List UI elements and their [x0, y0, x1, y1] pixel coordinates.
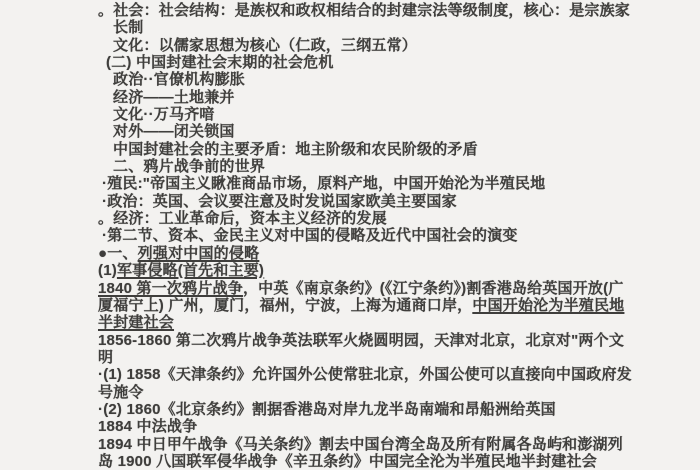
text-line: ·政治：英国、会议要注意及时发说国家欧美主要国家 — [98, 193, 638, 210]
text-line: 明 — [98, 349, 638, 366]
text-line: (1)军事侵略(首先和主要) — [98, 262, 638, 279]
text-line: 政治··官僚机构膨胀 — [98, 71, 638, 88]
text-segment: 。社会：社会结构：是族权和政权相结合的封建宗法等级制度，核心：是宗族家 — [98, 2, 630, 19]
text-segment: 岛 1900 八国联军侵华战争《辛丑条约》中国完全沦为半殖民地半封建社会 — [98, 453, 597, 470]
text-line: 1840 第一次鸦片战争，中英《南京条约》(《江宁条约》)割香港岛给英国开放(广 — [98, 280, 638, 297]
notes-text: 。社会：社会结构：是族权和政权相结合的封建宗法等级制度，核心：是宗族家长制文化：… — [98, 2, 638, 470]
text-line: 半封建社会 — [98, 314, 638, 331]
text-line: 文化··万马齐喑 — [98, 106, 638, 123]
text-segment: 1894 中日甲午战争《马关条约》割去中国台湾全岛及所有附属各岛屿和澎湖列 — [98, 436, 623, 453]
text-segment: 对外——闭关锁国 — [113, 123, 235, 140]
text-line: 厦福宁上) 广州，厦门，福州，宁波，上海为通商口岸，中国开始沦为半殖民地 — [98, 297, 638, 314]
text-segment: ●一、 — [98, 245, 138, 262]
text-line: 1856-1860 第二次鸦片战争英法联军火烧圆明园，天津对北京，北京对"两个文 — [98, 332, 638, 349]
text-segment: 文化：以儒家思想为核心（仁政，三纲五常） — [113, 37, 417, 54]
underlined-text-segment: 列强对中国的侵略 — [138, 245, 260, 262]
text-segment: 经济——土地兼并 — [113, 89, 235, 106]
text-line: 中国封建社会的主要矛盾：地主阶级和农民阶级的矛盾 — [98, 141, 638, 158]
text-line: 。社会：社会结构：是族权和政权相结合的封建宗法等级制度，核心：是宗族家 — [98, 2, 638, 19]
text-segment: 长制 — [113, 19, 143, 36]
underlined-text-segment: 中国开始沦为半殖民地 — [472, 297, 624, 314]
text-line: ·第二节、资本、金民主义对中国的侵略及近代中国社会的演变 — [98, 227, 638, 244]
text-line: 1884 中法战争 — [98, 418, 638, 435]
underlined-text-segment: 军事侵略(首先和主要) — [117, 262, 264, 279]
text-line: ·(2) 1860《北京条约》割据香港岛对岸九龙半岛南端和昂船洲给英国 — [98, 401, 638, 418]
text-segment: ·第二节、资本、金民主义对中国的侵略及近代中国社会的演变 — [102, 227, 518, 244]
text-segment: 二、鸦片战争前的世界 — [113, 158, 265, 175]
text-line: 长制 — [98, 19, 638, 36]
text-segment: 厦福宁上) 广州，厦门，福州，宁波，上海为通商口岸， — [98, 297, 472, 314]
text-line: ·殖民:"帝国主义瞅准商品市场，原料产地，中国开始沦为半殖民地 — [98, 175, 638, 192]
text-segment: (1) — [98, 262, 117, 279]
underlined-text-segment: 半封建社会 — [98, 314, 174, 331]
text-segment: 文化··万马齐喑 — [113, 106, 215, 123]
text-segment: 政治··官僚机构膨胀 — [113, 71, 245, 88]
notes-page: 。社会：社会结构：是族权和政权相结合的封建宗法等级制度，核心：是宗族家长制文化：… — [0, 0, 700, 470]
text-line: ●一、列强对中国的侵略 — [98, 245, 638, 262]
text-line: 对外——闭关锁国 — [98, 123, 638, 140]
text-segment: ，中英《南京条约》(《江宁条约》)割香港岛给英国开放(广 — [243, 280, 624, 297]
text-segment: ·(1) 1858《天津条约》允许国外公使常驻北京，外国公使可以直接向中国政府发 — [98, 366, 632, 383]
text-segment: ·(2) 1860《北京条约》割据香港岛对岸九龙半岛南端和昂船洲给英国 — [98, 401, 556, 418]
text-segment: 明 — [98, 349, 113, 366]
text-segment: 。经济：工业革命后，资本主义经济的发展 — [98, 210, 387, 227]
text-line: (二) 中国封建社会末期的社会危机 — [98, 54, 638, 71]
text-line: 经济——土地兼并 — [98, 89, 638, 106]
text-segment: 1856-1860 第二次鸦片战争英法联军火烧圆明园，天津对北京，北京对"两个文 — [98, 332, 624, 349]
text-segment: ·殖民:"帝国主义瞅准商品市场，原料产地，中国开始沦为半殖民地 — [102, 175, 545, 192]
text-segment: 中国封建社会的主要矛盾：地主阶级和农民阶级的矛盾 — [113, 141, 478, 158]
text-line: 。经济：工业革命后，资本主义经济的发展 — [98, 210, 638, 227]
text-segment: 号施令 — [98, 384, 144, 401]
text-line: ·(1) 1858《天津条约》允许国外公使常驻北京，外国公使可以直接向中国政府发 — [98, 366, 638, 383]
text-line: 1894 中日甲午战争《马关条约》割去中国台湾全岛及所有附属各岛屿和澎湖列 — [98, 436, 638, 453]
text-line: 岛 1900 八国联军侵华战争《辛丑条约》中国完全沦为半殖民地半封建社会 — [98, 453, 638, 470]
text-line: 号施令 — [98, 384, 638, 401]
text-segment: ·政治：英国、会议要注意及时发说国家欧美主要国家 — [102, 193, 457, 210]
text-segment: (二) 中国封建社会末期的社会危机 — [106, 54, 334, 71]
text-line: 文化：以儒家思想为核心（仁政，三纲五常） — [98, 37, 638, 54]
text-segment: 1884 中法战争 — [98, 418, 197, 435]
underlined-text-segment: 1840 第一次鸦片战争 — [98, 280, 243, 297]
text-line: 二、鸦片战争前的世界 — [98, 158, 638, 175]
